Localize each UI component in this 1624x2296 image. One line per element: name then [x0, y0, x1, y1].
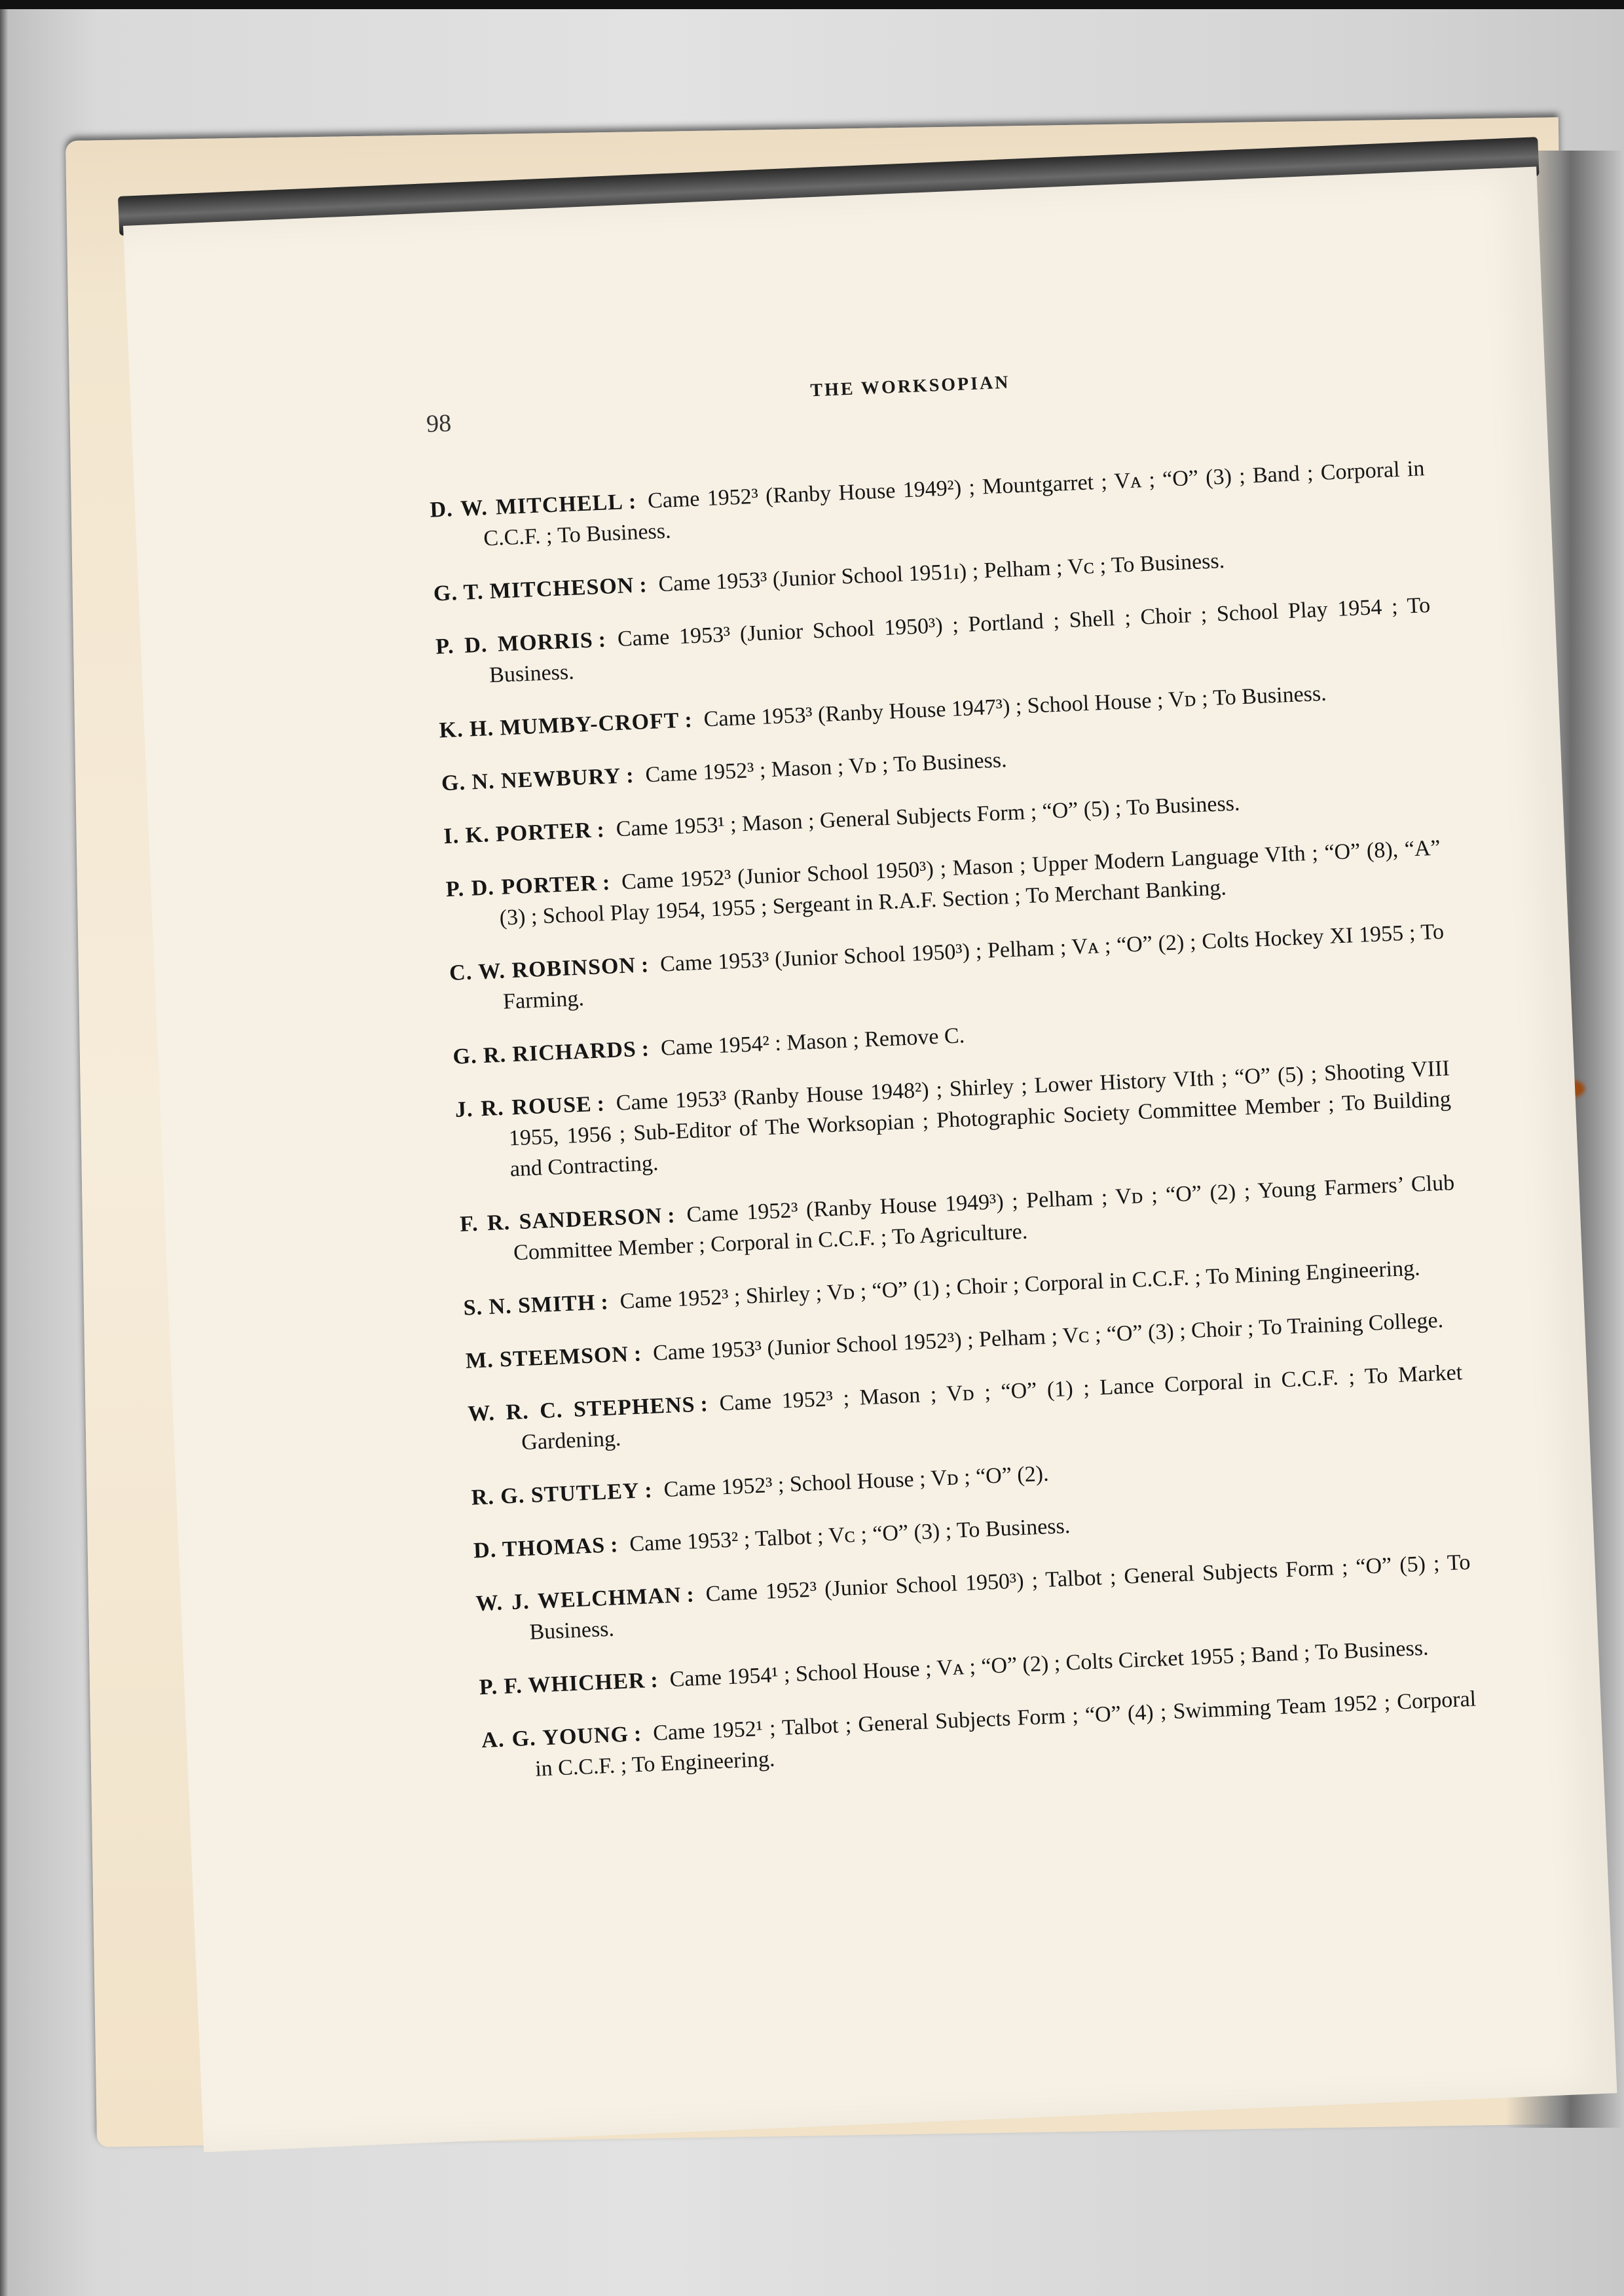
leaver-entry: P. D. PORTER:Came 1952³ (Junior School 1…: [445, 833, 1443, 936]
page-number: 98: [426, 409, 452, 439]
leaver-name: G. T. MITCHESON: [433, 574, 635, 606]
leaver-entry: P. D. MORRIS:Came 1953³ (Junior School 1…: [435, 590, 1432, 693]
leaver-name: P. D. MORRIS: [435, 629, 594, 659]
leaver-details: Came 1953³ (Junior School 1952³) ; Pelha…: [652, 1308, 1443, 1366]
leaver-details: Came 1953³ (Ranby House 1948²) ; Shirley…: [508, 1056, 1451, 1181]
leaver-details: Came 1954¹ ; School House ; Vᴀ ; “O” (2)…: [669, 1635, 1429, 1692]
leaver-name: P. D. PORTER: [445, 871, 598, 902]
name-separator: :: [602, 871, 610, 895]
name-separator: :: [610, 1533, 618, 1557]
leaver-name: W. R. C. STEPHENS: [468, 1393, 696, 1427]
leaver-name: K. H. MUMBY-CROFT: [439, 708, 680, 742]
leaver-details: Came 1952³ (Junior School 1950³) ; Mason…: [499, 836, 1441, 930]
leaver-name: P. F. WHICHER: [479, 1669, 646, 1700]
leaver-details: Came 1952³ ; School House ; Vᴅ ; “O” (2)…: [663, 1461, 1049, 1502]
leaver-entry: J. R. ROUSE:Came 1953³ (Ranby House 1948…: [454, 1053, 1453, 1187]
leavers-list: D. W. MITCHELL:Came 1952³ (Ranby House 1…: [430, 453, 1478, 1787]
leaver-name: G. R. RICHARDS: [452, 1037, 637, 1069]
book-page: 98 THE WORKSOPIAN D. W. MITCHELL:Came 19…: [123, 167, 1617, 2153]
leaver-details: Came 1953³ (Ranby House 1947³) ; School …: [703, 682, 1327, 732]
leaver-name: A. G. YOUNG: [481, 1722, 629, 1753]
leaver-name: D. W. MITCHELL: [430, 490, 624, 522]
leaver-name: S. N. SMITH: [463, 1290, 596, 1320]
leaver-name: I. K. PORTER: [443, 818, 593, 848]
page-content: 98 THE WORKSOPIAN D. W. MITCHELL:Came 19…: [425, 355, 1479, 1809]
leaver-entry: W. R. C. STEPHENS:Came 1952³ ; Mason ; V…: [467, 1357, 1464, 1461]
name-separator: :: [597, 1091, 605, 1116]
leaver-entry: F. R. SANDERSON:Came 1952³ (Ranby House …: [459, 1167, 1456, 1271]
leaver-entry: A. G. YOUNG:Came 1952¹ ; Talbot ; Genera…: [481, 1683, 1478, 1787]
name-separator: :: [600, 1290, 609, 1314]
name-separator: :: [638, 573, 647, 597]
name-separator: :: [625, 763, 634, 788]
name-separator: :: [641, 1036, 650, 1061]
leaver-details: Came 1952¹ ; Talbot ; General Subjects F…: [534, 1686, 1476, 1781]
name-separator: :: [684, 708, 693, 732]
name-separator: :: [633, 1341, 642, 1366]
leaver-details: Came 1953² ; Talbot ; Vᴄ ; “O” (3) ; To …: [629, 1514, 1071, 1556]
leaver-details: Came 1953¹ ; Mason ; General Subjects Fo…: [616, 791, 1240, 841]
leaver-name: R. G. STUTLEY: [471, 1479, 640, 1510]
leaver-details: Came 1952³ (Ranby House 1949²) ; Mountga…: [483, 456, 1425, 551]
leaver-name: G. N. NEWBURY: [441, 764, 621, 795]
leaver-details: Came 1952³ ; Mason ; Vᴅ ; To Business.: [645, 748, 1007, 787]
name-separator: :: [640, 953, 649, 977]
running-title: THE WORKSOPIAN: [810, 373, 1010, 402]
leaver-name: M. STEEMSON: [465, 1342, 629, 1373]
name-separator: :: [597, 818, 605, 842]
leaver-details: Came 1952³ ; Shirley ; Vᴅ ; “O” (1) ; Ch…: [619, 1256, 1420, 1313]
name-separator: :: [633, 1722, 642, 1746]
leaver-name: F. R. SANDERSON: [460, 1204, 663, 1237]
scanner-top-edge: [0, 0, 1624, 9]
leaver-details: Came 1953³ (Junior School 1951ɪ) ; Pelha…: [658, 549, 1225, 596]
leaver-name: J. R. ROUSE: [454, 1092, 592, 1122]
name-separator: :: [650, 1668, 659, 1692]
name-separator: :: [667, 1203, 675, 1228]
leaver-entry: D. W. MITCHELL:Came 1952³ (Ranby House 1…: [430, 453, 1427, 556]
leaver-entry: W. J. WELCHMAN:Came 1952³ (Junior School…: [475, 1547, 1473, 1650]
leaver-name: W. J. WELCHMAN: [475, 1583, 682, 1616]
name-separator: :: [644, 1478, 653, 1503]
name-separator: :: [686, 1582, 695, 1607]
leaver-name: D. THOMAS: [473, 1533, 605, 1563]
leaver-entry: C. W. ROBINSON:Came 1953³ (Junior School…: [449, 917, 1446, 1020]
name-separator: :: [598, 628, 606, 652]
scanner-left-edge: [0, 9, 8, 2296]
name-separator: :: [700, 1392, 709, 1416]
running-head: 98 THE WORKSOPIAN: [425, 355, 1422, 456]
leaver-name: C. W. ROBINSON: [449, 953, 636, 985]
leaver-details: Came 1954² : Mason ; Remove C.: [660, 1023, 965, 1060]
name-separator: :: [628, 490, 637, 514]
leaver-details: Came 1953³ (Junior School 1950³) ; Portl…: [489, 593, 1430, 687]
